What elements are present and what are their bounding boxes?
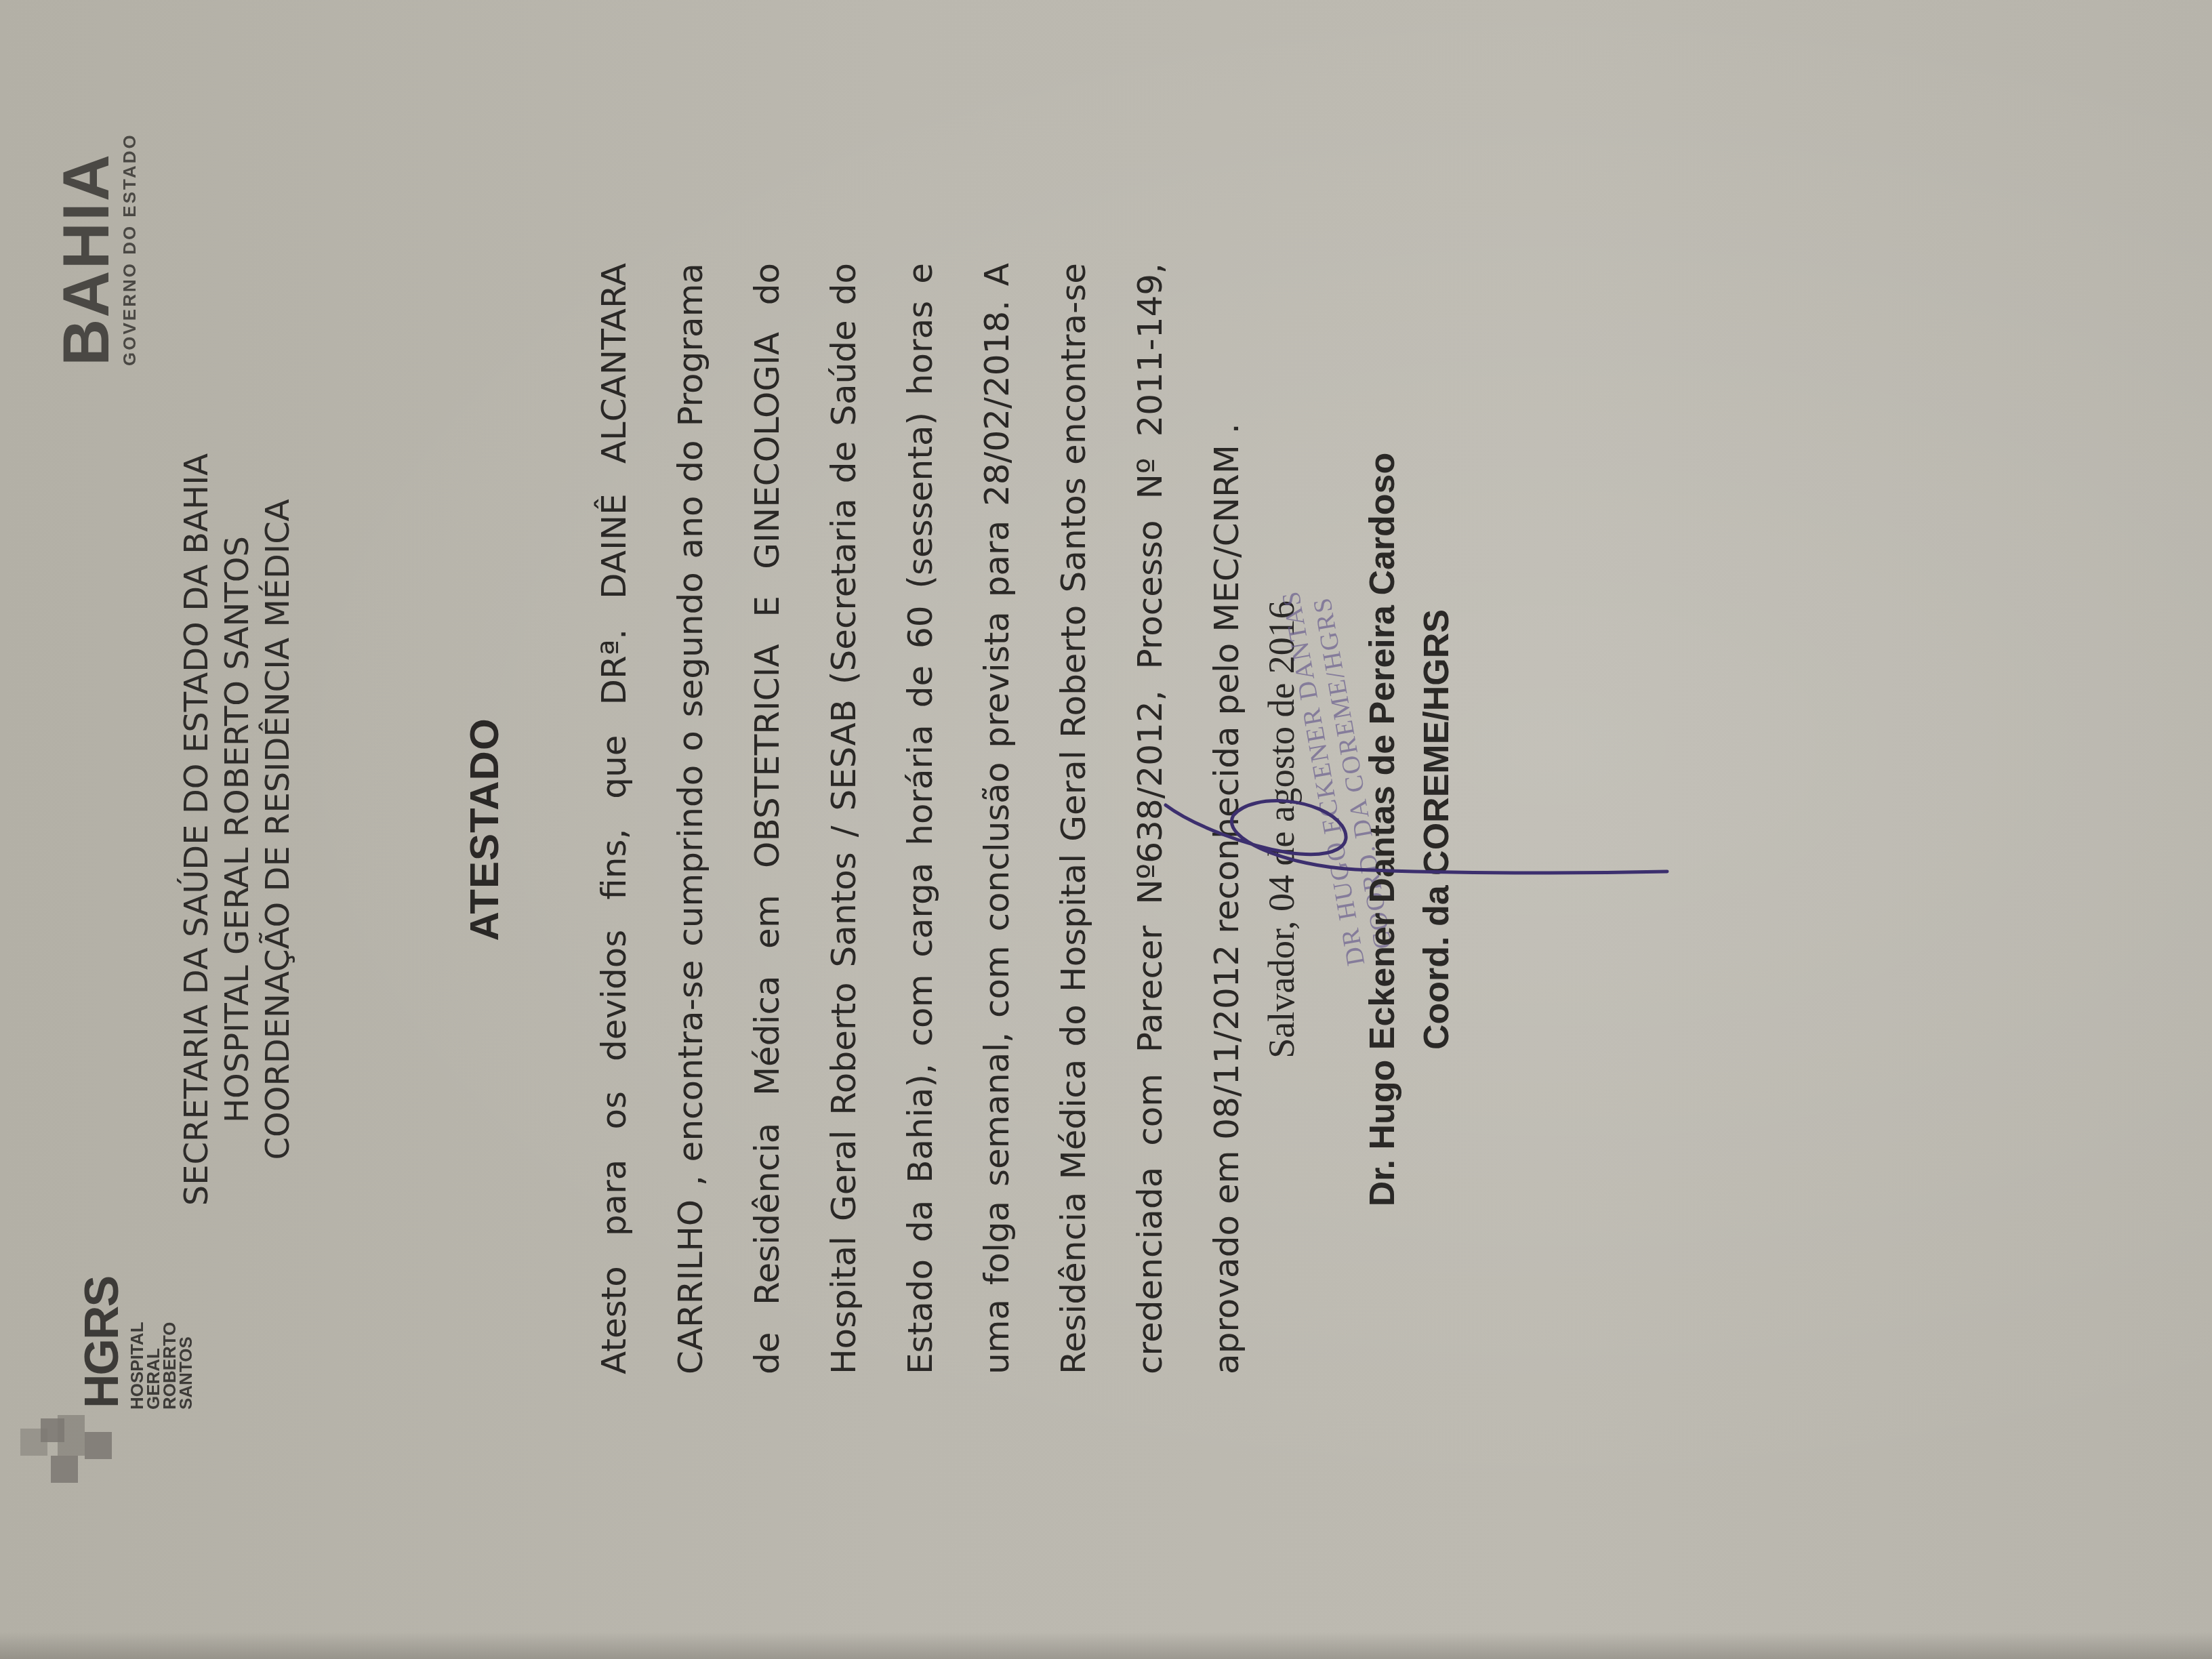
header-line-2: HOSPITAL GERAL ROBERTO SANTOS: [217, 0, 258, 1659]
handwritten-signature-icon: [1152, 507, 1681, 1049]
document-title: ATESTADO: [461, 0, 508, 1659]
document-header: SECRETARIA DA SAÚDE DO ESTADO DA BAHIA H…: [176, 0, 298, 1659]
header-line-3: COORDENAÇÃO DE RESIDÊNCIA MÉDICA: [258, 0, 298, 1659]
bahia-logo-mark: BAHIA: [54, 122, 119, 366]
bahia-logo: BAHIA GOVERNO DO ESTADO: [54, 122, 149, 366]
hgrs-logo: HGRS HOSPITAL GERAL ROBERTO SANTOS: [7, 1273, 183, 1490]
bahia-logo-subtitle: GOVERNO DO ESTADO: [119, 122, 140, 366]
hgrs-subtitle-line1: HOSPITAL GERAL: [129, 1273, 161, 1410]
header-line-1: SECRETARIA DA SAÚDE DO ESTADO DA BAHIA: [176, 0, 217, 1659]
document-page: HGRS HOSPITAL GERAL ROBERTO SANTOS BAHIA…: [0, 0, 2212, 1659]
hgrs-logo-mark: HGRS: [75, 1277, 129, 1408]
cross-logo-icon: [20, 1401, 108, 1483]
